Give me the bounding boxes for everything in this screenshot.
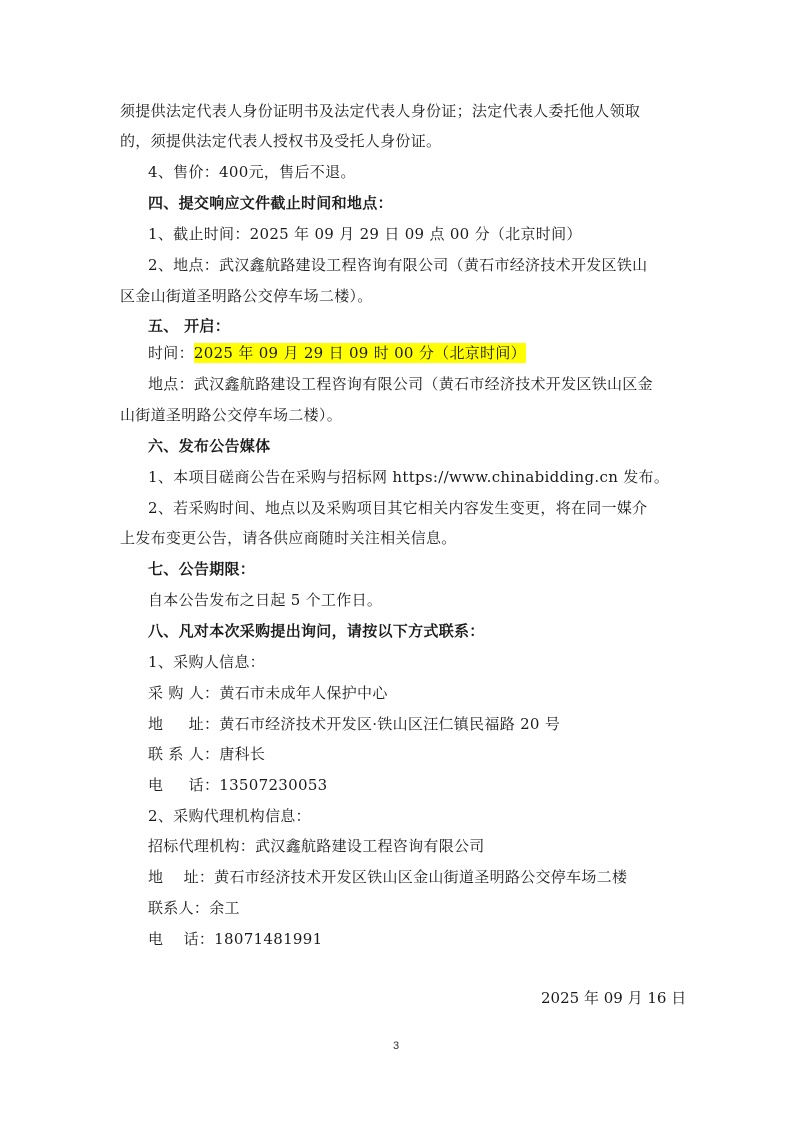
agent-info-heading: 2、采购代理机构信息： — [148, 806, 311, 826]
agent-name: 招标代理机构：武汉鑫航路建设工程咨询有限公司 — [148, 836, 485, 856]
media-line: 1、本项目磋商公告在采购与招标网 https://www.chinabiddin… — [148, 467, 669, 487]
opening-place-line: 地点：武汉鑫航路建设工程咨询有限公司（黄石市经济技术开发区铁山区金 — [148, 374, 653, 394]
agent-phone: 电 话：18071481991 — [148, 929, 322, 949]
highlighted-opening-time: 2025 年 09 月 29 日 09 时 00 分（北京时间） — [194, 343, 526, 363]
paragraph-line: 的，须提供法定代表人授权书及受托人身份证。 — [120, 131, 441, 151]
change-notice-line: 2、若采购时间、地点以及采购项目其它相关内容发生变更，将在同一媒介 — [148, 498, 647, 518]
buyer-contact: 联 系 人：唐科长 — [148, 744, 265, 764]
section-heading-4: 四、提交响应文件截止时间和地点： — [148, 193, 393, 213]
location-line: 2、地点：武汉鑫航路建设工程咨询有限公司（黄石市经济技术开发区铁山 — [148, 255, 647, 275]
section-heading-6: 六、发布公告媒体 — [148, 436, 270, 456]
section-heading-7: 七、公告期限： — [148, 559, 255, 579]
notice-period-line: 自本公告发布之日起 5 个工作日。 — [148, 590, 382, 610]
paragraph-line: 须提供法定代表人身份证明书及法定代表人身份证；法定代表人委托他人领取 — [120, 101, 640, 121]
buyer-info-heading: 1、采购人信息： — [148, 652, 265, 672]
agent-address: 地 址：黄石市经济技术开发区铁山区金山街道圣明路公交停车场二楼 — [148, 867, 627, 887]
buyer-name: 采 购 人：黄石市未成年人保护中心 — [148, 683, 388, 703]
opening-place-line-cont: 山街道圣明路公交停车场二楼）。 — [120, 405, 342, 425]
deadline-line: 1、截止时间：2025 年 09 月 29 日 09 点 00 分（北京时间） — [148, 224, 582, 244]
section-heading-8: 八、凡对本次采购提出询问，请按以下方式联系： — [148, 621, 485, 641]
page-number: 3 — [393, 1040, 399, 1052]
location-line-cont: 区金山街道圣明路公交停车场二楼）。 — [120, 286, 373, 306]
section-heading-5: 五、 开启： — [148, 316, 230, 336]
document-date: 2025 年 09 月 16 日 — [541, 988, 686, 1008]
price-line: 4、售价：400元，售后不退。 — [148, 162, 356, 182]
agent-contact: 联系人：余工 — [148, 898, 240, 918]
document-page: 须提供法定代表人身份证明书及法定代表人身份证；法定代表人委托他人领取 的，须提供… — [0, 0, 794, 1123]
opening-time-line: 时间：2025 年 09 月 29 日 09 时 00 分（北京时间） — [148, 343, 526, 363]
opening-time-label: 时间： — [148, 344, 194, 362]
change-notice-line-cont: 上发布变更公告，请各供应商随时关注相关信息。 — [120, 528, 457, 548]
buyer-address: 地 址：黄石市经济技术开发区·铁山区汪仁镇民福路 20 号 — [148, 714, 560, 734]
buyer-phone: 电 话：13507230053 — [148, 775, 328, 795]
